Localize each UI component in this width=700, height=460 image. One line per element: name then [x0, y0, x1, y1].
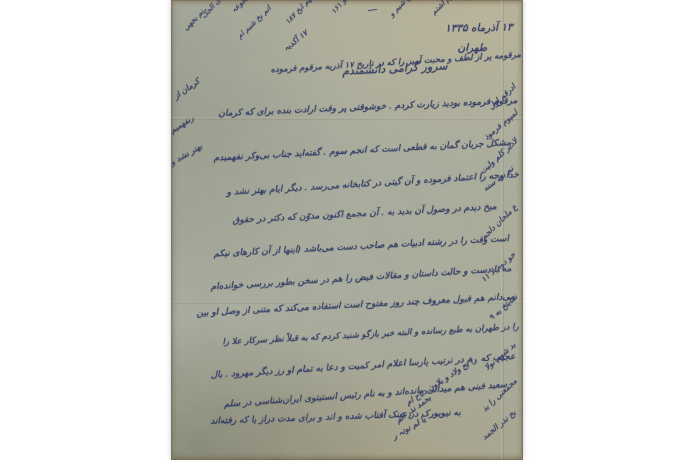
line-tail-fragment: ۱۷ آکدیہ	[281, 28, 309, 53]
letter-page: ۱۳ آذرماه ۱۳۳۵ طهران نم بجھی نم بحمدی ال…	[171, 0, 523, 460]
handwritten-line: می‌دانم هم قبول معروف چند روز مفتوح است …	[196, 292, 515, 319]
handwritten-line: را در طهران به طبع رسانده و البته خبر با…	[223, 322, 520, 348]
handwritten-line: است وقت را در رشته ادبیات هم صاحب دست می…	[213, 234, 509, 259]
line-tail-fragment: بهتر نشد و	[171, 142, 204, 167]
scan-background: { "letter": { "date": "۱۳ آذرماه ۱۳۳۵", …	[0, 0, 700, 460]
handwritten-line: مرقوم فرموده بودید زیارت کردم . خوشوقتی …	[218, 96, 518, 119]
letter-date: ۱۳ آذرماه ۱۳۳۵	[445, 21, 513, 34]
handwritten-line: سعید فینی هم میدانی مانده‌اند و به نام ر…	[223, 380, 507, 410]
line-tail-fragment: کرمان از	[172, 77, 201, 101]
pen-dash-mark: ــــ	[367, 3, 377, 13]
handwritten-line: مه با دست و حالت داستان و مقالات فیض را …	[210, 264, 511, 292]
top-annotation: رفهم ابخ ۱۸۷	[283, 0, 318, 26]
line-tail-fragment: رنفهمیم	[171, 113, 195, 135]
top-annotation: مهم مرغ شیم و	[387, 0, 428, 18]
handwritten-line: میخ دیدم در وصول آن بدید به . آن مجمع اک…	[233, 202, 498, 226]
top-annotation: رخ اوم اشتم	[429, 0, 463, 16]
top-annotation: انم بخ شیم ام	[235, 4, 273, 41]
handwritten-line: خدا وجه را اعتماد فرموده و آن گیتی در کت…	[226, 170, 519, 198]
handwritten-line: مشکل جریان گمان به قطعی است که انجم سوم …	[213, 138, 511, 164]
